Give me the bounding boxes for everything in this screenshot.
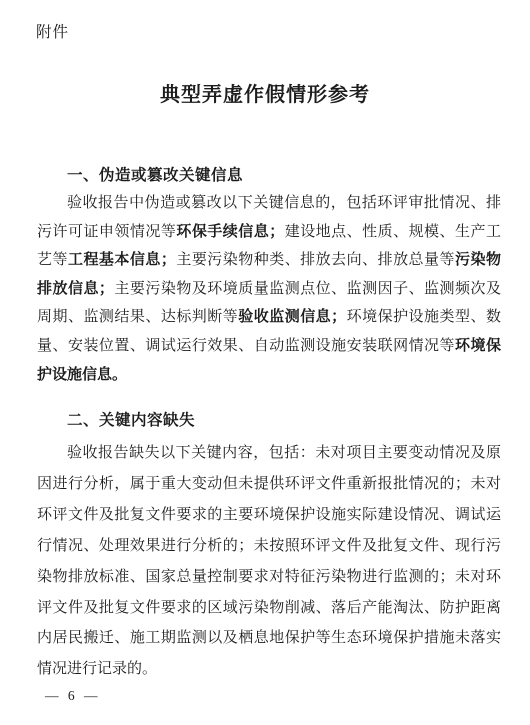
attachment-label: 附件 (36, 20, 69, 42)
body-text: 主要污染物种类、排放去向、排放总量等 (176, 252, 455, 268)
section-2-paragraph: 验收报告缺失以下关键内容，包括：未对项目主要变动情况及原因进行分析，属于重大变动… (37, 438, 501, 685)
body-text: 验收报告中伪造或篡改以下关键信息的，包括环评审批情况、排 (67, 195, 501, 211)
body-text: 环境保护设施类型、数 (346, 309, 501, 325)
bold-term: 环保手续信息； (176, 223, 284, 240)
body-text: 内居民搬迁、施工期监测以及栖息地保护等生态环境保护措施未落实 (37, 630, 501, 646)
section-2-heading: 二、关键内容缺失 (67, 408, 195, 430)
paragraph-line: 排放信息；主要污染物及环境质量监测点位、监测因子、监测频次及 (37, 275, 501, 304)
section-1-heading: 一、伪造或篡改关键信息 (67, 163, 243, 185)
paragraph-line: 评文件及批复文件要求的区域污染物削减、落后产能淘汰、防护距离 (37, 593, 501, 624)
bold-term: 排放信息； (37, 280, 114, 297)
body-text: 行情况、处理效果进行分析的；未按照环评文件及批复文件、现行污 (37, 538, 501, 554)
body-text: 验收报告缺失以下关键内容，包括：未对项目主要变动情况及原 (67, 445, 501, 461)
body-text: 建设地点、性质、规模、生产工 (284, 224, 501, 240)
body-text: 因进行分析，属于重大变动但未提供环评文件重新报批情况的；未对 (37, 476, 501, 492)
paragraph-line: 情况进行记录的。 (37, 654, 501, 685)
paragraph-line: 验收报告中伪造或篡改以下关键信息的，包括环评审批情况、排 (37, 189, 501, 218)
paragraph-line: 行情况、处理效果进行分析的；未按照环评文件及批复文件、现行污 (37, 531, 501, 562)
section-1-paragraph: 验收报告中伪造或篡改以下关键信息的，包括环评审批情况、排污许可证申领情况等环保手… (37, 189, 501, 389)
bold-term: 验收监测信息； (238, 308, 346, 325)
body-text: 量、安装位置、调试运行效果、自动监测设施安装联网情况等 (37, 338, 455, 354)
paragraph-line: 量、安装位置、调试运行效果、自动监测设施安装联网情况等环境保 (37, 332, 501, 361)
paragraph-line: 艺等工程基本信息；主要污染物种类、排放去向、排放总量等污染物 (37, 246, 501, 275)
bold-term: 环境保 (455, 337, 501, 354)
paragraph-line: 内居民搬迁、施工期监测以及栖息地保护等生态环境保护措施未落实 (37, 623, 501, 654)
bold-term: 工程基本信息； (68, 251, 176, 268)
body-text: 情况进行记录的。 (37, 661, 157, 677)
paragraph-line: 验收报告缺失以下关键内容，包括：未对项目主要变动情况及原 (37, 438, 501, 469)
bold-term: 污染物 (455, 251, 501, 268)
document-title: 典型弄虚作假情形参考 (0, 78, 530, 107)
paragraph-line: 因进行分析，属于重大变动但未提供环评文件重新报批情况的；未对 (37, 469, 501, 500)
bold-term: 护设施信息。 (37, 366, 127, 383)
paragraph-line: 周期、监测结果、达标判断等验收监测信息；环境保护设施类型、数 (37, 303, 501, 332)
paragraph-line: 染物排放标准、国家总量控制要求对特征污染物进行监测的；未对环 (37, 562, 501, 593)
body-text: 染物排放标准、国家总量控制要求对特征污染物进行监测的；未对环 (37, 569, 501, 585)
body-text: 环评文件及批复文件要求的主要环境保护设施实际建设情况、调试运 (37, 507, 501, 523)
page-number-footer: — 6 — (45, 688, 101, 704)
body-text: 污许可证申领情况等 (37, 224, 176, 240)
document-page: 附件 典型弄虚作假情形参考 一、伪造或篡改关键信息 验收报告中伪造或篡改以下关键… (0, 0, 530, 725)
paragraph-line: 护设施信息。 (37, 361, 501, 390)
paragraph-line: 环评文件及批复文件要求的主要环境保护设施实际建设情况、调试运 (37, 500, 501, 531)
body-text: 评文件及批复文件要求的区域污染物削减、落后产能淘汰、防护距离 (37, 600, 501, 616)
body-text: 主要污染物及环境质量监测点位、监测因子、监测频次及 (114, 281, 501, 297)
paragraph-line: 污许可证申领情况等环保手续信息；建设地点、性质、规模、生产工 (37, 218, 501, 247)
body-text: 艺等 (37, 252, 68, 268)
body-text: 周期、监测结果、达标判断等 (37, 309, 238, 325)
